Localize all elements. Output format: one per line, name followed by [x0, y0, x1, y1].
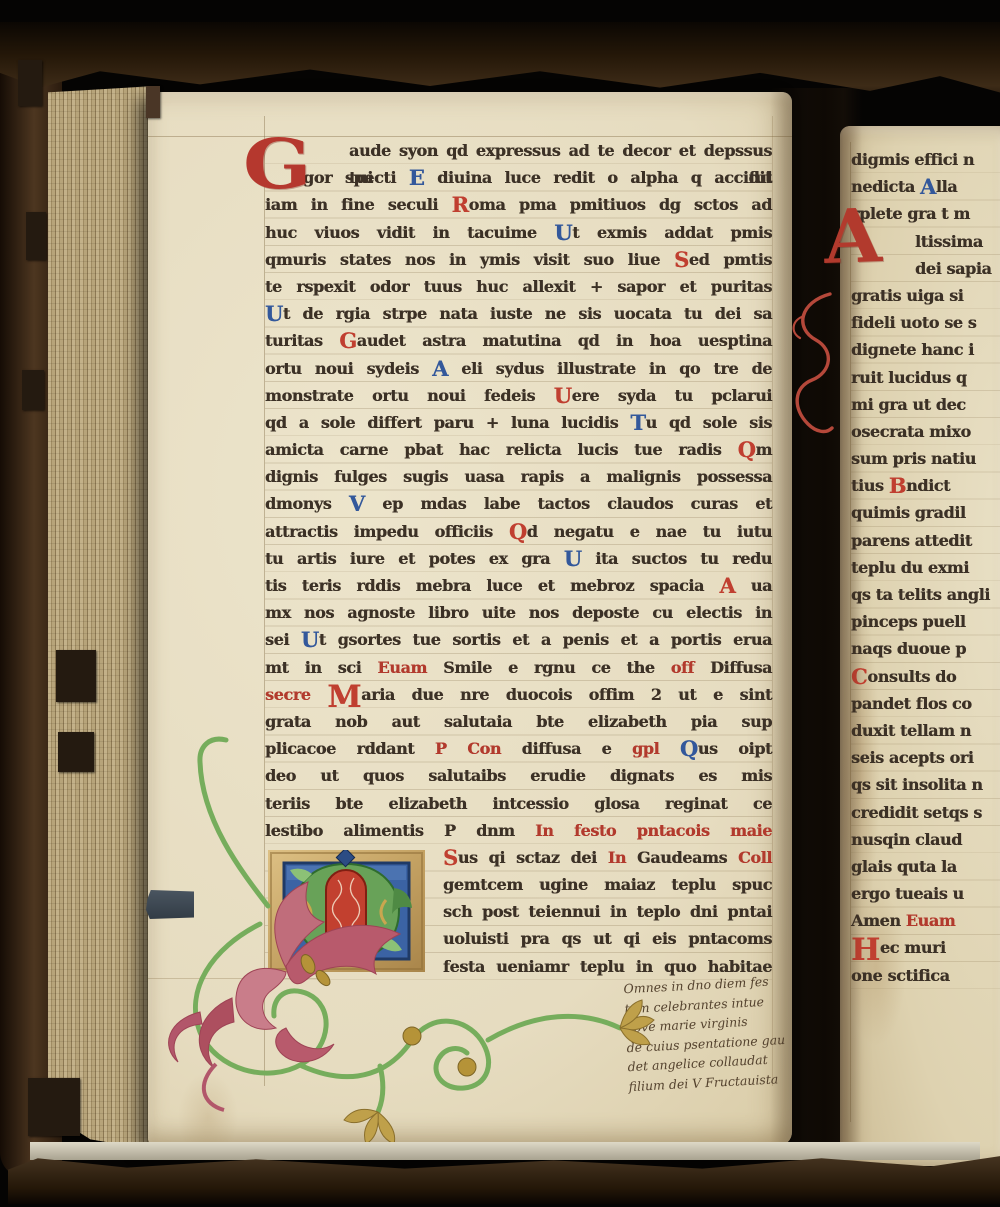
text-run: teriis bte elizabeth intcessio glosa reg…: [265, 794, 772, 813]
manuscript-text-line: mi gra ut dec: [851, 391, 1000, 418]
text-run: us qi sctaz dei: [458, 848, 608, 867]
text-run: plicacoe rddant: [265, 739, 435, 758]
manuscript-text-line: digmis effici n: [851, 146, 1000, 173]
bottom-page-edges: [30, 1142, 980, 1160]
text-run: V: [349, 491, 365, 516]
fore-edge-tab: [56, 650, 96, 702]
text-run: digmis effici n: [851, 150, 974, 169]
manuscript-text-line: huc viuos vidit in tacuime Ut exmis adda…: [265, 219, 772, 246]
text-run: attractis impedu officiis: [265, 522, 509, 541]
right-page: digmis effici nnedicta Allarplete gra t …: [840, 126, 1000, 1166]
text-run: ec muri: [880, 938, 946, 957]
text-run: duxit tellam n: [851, 721, 971, 740]
text-run: ita suctos tu redu: [582, 549, 772, 568]
text-run: oma pma pmitiuos dg sctos ad: [469, 195, 772, 214]
text-run: d negatu e nae tu iutu: [527, 522, 772, 541]
text-run: U: [564, 546, 582, 571]
drop-cap-g: G: [243, 131, 312, 199]
manuscript-text-line: parens attedit: [851, 527, 1000, 554]
text-run: u qd sole sis: [646, 413, 772, 432]
text-run: te rspexit odor tuus huc allexit + sapor…: [265, 277, 772, 296]
text-run: S: [443, 845, 458, 870]
text-run: dei sapia: [915, 259, 991, 278]
manuscript-text-line: mt in sci Euam Smile e rgnu ce the off D…: [265, 654, 772, 681]
manuscript-text-line: attractis impedu officiis Qd negatu e na…: [265, 518, 772, 545]
marginal-note: Omnes in dno diem festum celebrantes int…: [623, 969, 829, 1096]
red-drop-cap-a: A: [823, 199, 883, 275]
manuscript-text-line: fideli uoto se s: [851, 309, 1000, 336]
text-run: ua: [735, 576, 772, 595]
manuscript-text-line: dignete hanc i: [851, 336, 1000, 363]
manuscript-text-line: Amen Euam: [851, 907, 1000, 934]
text-run: t de rgia strpe nata iuste ne sis uocata…: [283, 304, 772, 323]
manuscript-text-line: gor specti E diuina luce redit o alpha q…: [265, 164, 772, 191]
manuscript-text-line: naqs duoue p: [851, 635, 1000, 662]
manuscript-text-line: Hec muri: [851, 934, 1000, 961]
text-run: Euam: [377, 658, 443, 677]
text-run: dignete hanc i: [851, 340, 974, 359]
text-run: teplu du exmi: [851, 558, 969, 577]
text-run: aria due nre duocois offim 2 ut e sint: [361, 685, 772, 704]
fore-edge-tab: [26, 212, 46, 260]
text-run: tis teris rddis mebra luce et mebroz spa…: [265, 576, 719, 595]
text-run: gratis uiga si: [851, 286, 963, 305]
manuscript-text-line: aude syon qd expressus ad te decor et de…: [265, 137, 772, 164]
manuscript-text-line: qs sit insolita n: [851, 771, 1000, 798]
text-run: lla: [936, 177, 957, 196]
text-run: qs sit insolita n: [851, 775, 983, 794]
manuscript-photo: G aude syon qd expressus ad te decor et …: [0, 0, 1000, 1207]
text-run: gor specti: [303, 168, 409, 187]
text-run: secre: [265, 685, 327, 704]
text-run: A: [719, 573, 735, 598]
fore-edge-tab: [28, 1078, 80, 1136]
manuscript-text-line: tius Bndict: [851, 472, 1000, 499]
manuscript-text-line: tu artis iure et potes ex gra U ita suct…: [265, 545, 772, 572]
text-run: eli sydus illustrate in qo tre de: [448, 359, 772, 378]
manuscript-text-line: pandet flos co: [851, 690, 1000, 717]
text-run: fideli uoto se s: [851, 313, 976, 332]
text-run: Smile e rgnu ce the: [443, 658, 671, 677]
text-run: Diffusa: [710, 658, 772, 677]
manuscript-text-line: ruit lucidus q: [851, 364, 1000, 391]
manuscript-text-line: qd a sole differt paru + luna lucidis Tu…: [265, 409, 772, 436]
text-run: t exmis addat pmis: [572, 223, 772, 242]
text-run: sei: [265, 630, 301, 649]
text-run: mx nos agnoste libro uite nos deposte cu…: [265, 603, 772, 622]
text-run: B: [889, 473, 906, 498]
text-run: festa ueniamr teplu in quo habitae: [443, 957, 772, 976]
text-run: diffusa e: [522, 739, 632, 758]
text-run: amicta carne pbat hac relicta lucis tue …: [265, 440, 738, 459]
manuscript-text-line: credidit setqs s: [851, 799, 1000, 826]
text-run: parens attedit: [851, 531, 972, 550]
text-run: naqs duoue p: [851, 639, 966, 658]
text-run: E: [409, 165, 425, 190]
manuscript-text-line: ortu noui sydeis A eli sydus illustrate …: [265, 355, 772, 382]
text-run: ergo tueais u: [851, 884, 964, 903]
text-run: pandet flos co: [851, 694, 972, 713]
text-run: Q: [738, 437, 756, 462]
text-run: dmonys: [265, 494, 349, 513]
text-run: monstrate ortu noui fedeis: [265, 386, 554, 405]
text-run: credidit setqs s: [851, 803, 982, 822]
text-run: turitas: [265, 331, 339, 350]
manuscript-text-line: grata nob aut salutaia bte elizabeth pia…: [265, 708, 772, 735]
manuscript-text-line: sei Ut gsortes tue sortis et a penis et …: [265, 626, 772, 653]
manuscript-text-line: teplu du exmi: [851, 554, 1000, 581]
text-run: U: [554, 220, 572, 245]
manuscript-text-line: gratis uiga si: [851, 282, 1000, 309]
text-run: osecrata mixo: [851, 422, 971, 441]
text-run: U: [265, 301, 283, 326]
text-run: glais quta la: [851, 857, 957, 876]
text-run: S: [674, 247, 689, 272]
text-run: ndict: [906, 476, 950, 495]
text-run: A: [920, 174, 936, 199]
text-run: one sctifica: [851, 966, 950, 985]
text-run: pinceps puell: [851, 612, 966, 631]
text-run: uoluisti pra qs ut qi eis pntacoms: [443, 929, 772, 948]
text-run: gemtcem ugine maiaz teplu spuc: [443, 875, 772, 894]
text-run: huc viuos vidit in tacuime: [265, 223, 554, 242]
text-run: m: [755, 440, 772, 459]
text-run: Gaudeams: [637, 848, 738, 867]
text-run: P Con: [435, 739, 522, 758]
text-run: R: [452, 192, 469, 217]
manuscript-text-line: mx nos agnoste libro uite nos deposte cu…: [265, 599, 772, 626]
manuscript-text-line: tis teris rddis mebra luce et mebroz spa…: [265, 572, 772, 599]
text-run: Coll: [738, 848, 772, 867]
manuscript-text-line: glais quta la: [851, 853, 1000, 880]
text-run: lestibo alimentis P dnm: [265, 821, 535, 840]
manuscript-text-line: one sctifica: [851, 962, 1000, 989]
right-margin-ruling: [772, 116, 773, 1086]
margin-flourish-red: [786, 288, 852, 458]
text-run: ortu noui sydeis: [265, 359, 432, 378]
manuscript-text-line: qmuris states nos in ymis visit suo liue…: [265, 246, 772, 273]
manuscript-text-line: plicacoe rddant P Con diffusa e gpl Qus …: [265, 735, 772, 762]
manuscript-text-line: deo ut quos salutaibs erudie dignats es …: [265, 762, 772, 789]
manuscript-text-line: dmonys V ep mdas labe tactos claudos cur…: [265, 490, 772, 517]
fore-edge-tab: [22, 370, 44, 410]
text-run: quimis gradil: [851, 503, 966, 522]
text-run: In: [608, 848, 637, 867]
text-run: gpl: [632, 739, 680, 758]
initial-d-artwork: [268, 850, 425, 972]
text-run: Euam: [906, 911, 956, 930]
text-run: A: [432, 356, 448, 381]
manuscript-text-line: Ut de rgia strpe nata iuste ne sis uocat…: [265, 300, 772, 327]
text-run: ed pmtis: [689, 250, 772, 269]
manuscript-text-line: monstrate ortu noui fedeis Uere syda tu …: [265, 382, 772, 409]
text-run: sch post teiennui in teplo dni pntai: [443, 902, 772, 921]
text-run: ep mdas labe tactos claudos curas et: [365, 494, 772, 513]
manuscript-text-line: pinceps puell: [851, 608, 1000, 635]
text-run: us oipt: [698, 739, 772, 758]
text-run: Amen: [851, 911, 906, 930]
manuscript-text-line: te rspexit odor tuus huc allexit + sapor…: [265, 273, 772, 300]
manuscript-text-line: ergo tueais u: [851, 880, 1000, 907]
text-run: C: [851, 664, 867, 689]
text-run: grata nob aut salutaia bte elizabeth pia…: [265, 712, 772, 731]
left-page: G aude syon qd expressus ad te decor et …: [148, 92, 792, 1146]
text-run: Q: [509, 519, 527, 544]
text-run: G: [339, 328, 357, 353]
manuscript-text-line: amicta carne pbat hac relicta lucis tue …: [265, 436, 772, 463]
manuscript-text-line: duxit tellam n: [851, 717, 1000, 744]
text-run: ltissima: [915, 232, 983, 251]
text-run: tius: [851, 476, 889, 495]
manuscript-text-line: osecrata mixo: [851, 418, 1000, 445]
manuscript-text-line: qs ta telits angli: [851, 581, 1000, 608]
text-run: Q: [680, 736, 698, 761]
text-run: t gsortes tue sortis et a penis et a por…: [319, 630, 772, 649]
manuscript-text-line: Consults do: [851, 663, 1000, 690]
text-run: qs ta telits angli: [851, 585, 990, 604]
text-run: seis acepts ori: [851, 748, 973, 767]
bookmark-tab: [146, 890, 194, 919]
text-run: U: [301, 627, 319, 652]
manuscript-text-line: lestibo alimentis P dnm In festo pntacoi…: [265, 817, 772, 844]
text-run: deo ut quos salutaibs erudie dignats es …: [265, 766, 772, 785]
manuscript-text-line: seis acepts ori: [851, 744, 1000, 771]
text-run: onsults do: [867, 667, 956, 686]
text-run: T: [630, 410, 645, 435]
text-run: nusqin claud: [851, 830, 962, 849]
text-run: diuina luce redit o alpha q accidit: [424, 168, 772, 187]
text-run: sum pris natiu: [851, 449, 976, 468]
manuscript-text-line: secre Maria due nre duocois offim 2 ut e…: [265, 681, 772, 708]
manuscript-text-line: turitas Gaudet astra matutina qd in hoa …: [265, 327, 772, 354]
fore-edge-tab: [146, 86, 160, 118]
text-run: In festo pntacois maie: [535, 821, 772, 840]
fore-edge-page-stack: [48, 86, 154, 1150]
text-run: tu artis iure et potes ex gra: [265, 549, 564, 568]
manuscript-text-line: dignis fulges sugis uasa rapis a maligni…: [265, 463, 772, 490]
text-run: mi gra ut dec: [851, 395, 966, 414]
text-run: qd a sole differt paru + luna lucidis: [265, 413, 630, 432]
text-run: ere syda tu pclarui: [572, 386, 772, 405]
text-run: U: [554, 383, 572, 408]
fore-edge-tab: [58, 732, 94, 772]
text-run: off: [671, 658, 710, 677]
fore-edge-tab: [18, 60, 42, 106]
manuscript-text-line: nusqin claud: [851, 826, 1000, 853]
text-run: qmuris states nos in ymis visit suo liue: [265, 250, 674, 269]
text-run: audet astra matutina qd in hoa uesptina: [357, 331, 772, 350]
manuscript-text-line: iam in fine seculi Roma pma pmitiuos dg …: [265, 191, 772, 218]
illuminated-initial-d: [268, 850, 425, 972]
manuscript-text-line: sum pris natiu: [851, 445, 1000, 472]
text-run: dignis fulges sugis uasa rapis a maligni…: [265, 467, 772, 486]
manuscript-text-line: teriis bte elizabeth intcessio glosa reg…: [265, 790, 772, 817]
text-run: ruit lucidus q: [851, 368, 967, 387]
manuscript-text-line: quimis gradil: [851, 499, 1000, 526]
text-run: mt in sci: [265, 658, 377, 677]
